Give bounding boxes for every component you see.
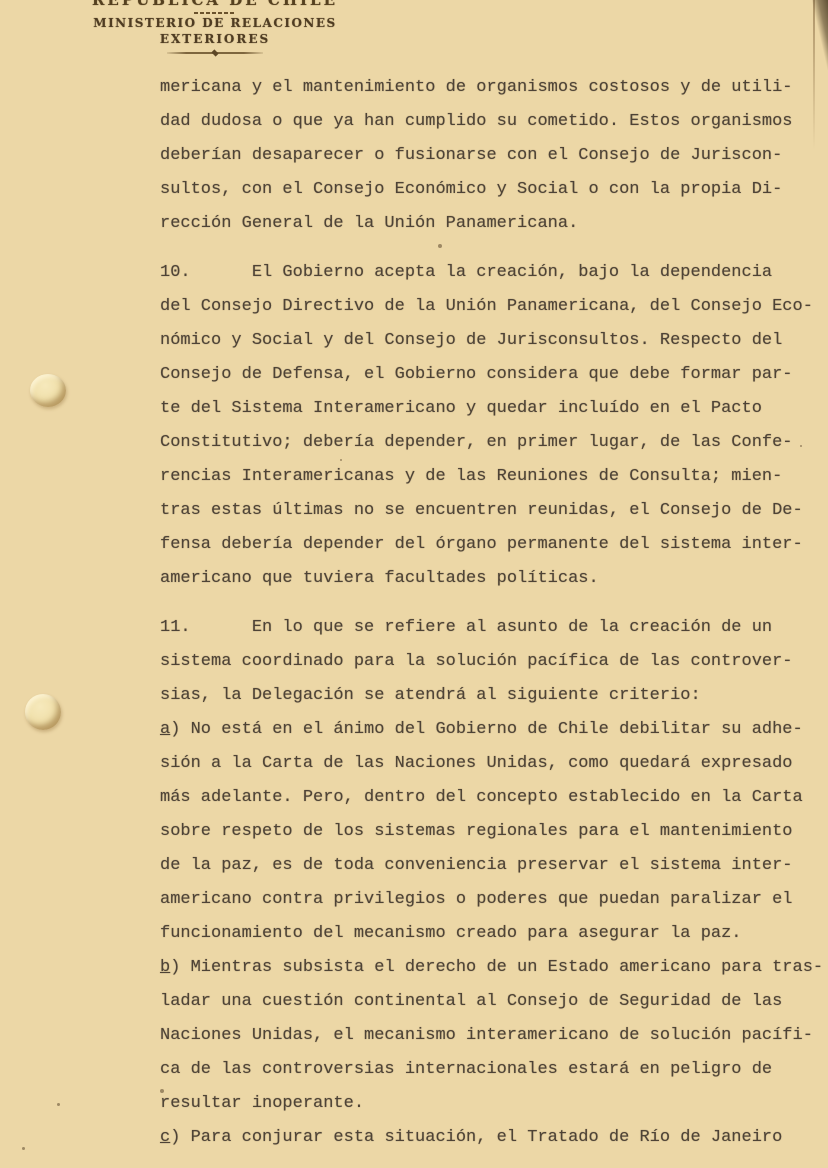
text-line: del Consejo Directivo de la Unión Paname… — [160, 290, 822, 324]
text-line: sistema coordinado para la solución pací… — [160, 645, 822, 679]
document-body: mericana y el mantenimiento de organismo… — [160, 71, 822, 1155]
list-marker: a — [160, 720, 170, 739]
text-line: dad dudosa o que ya han cumplido su come… — [160, 105, 822, 139]
text-line: americano contra privilegios o poderes q… — [160, 883, 822, 917]
text-line: te del Sistema Interamericano y quedar i… — [160, 392, 822, 426]
letterhead-department: EXTERIORES — [85, 32, 345, 46]
text-line: ladar una cuestión continental al Consej… — [160, 985, 822, 1019]
paper-speck — [340, 459, 342, 461]
text-line: a) No está en el ánimo del Gobierno de C… — [160, 713, 822, 747]
text-line: Constitutivo; debería depender, en prime… — [160, 426, 822, 460]
text-line: tras estas últimas no se encuentren reun… — [160, 494, 822, 528]
paper-speck — [438, 244, 442, 248]
text-line: resultar inoperante. — [160, 1087, 822, 1121]
text-line: de la paz, es de toda conveniencia prese… — [160, 849, 822, 883]
text-line: más adelante. Pero, dentro del concepto … — [160, 781, 822, 815]
text-line: sias, la Delegación se atendrá al siguie… — [160, 679, 822, 713]
text-line: 10. El Gobierno acepta la creación, bajo… — [160, 256, 822, 290]
page-corner-shadow — [812, 0, 828, 70]
text-line: funcionamiento del mecanismo creado para… — [160, 917, 822, 951]
text-line: deberían desaparecer o fusionarse con el… — [160, 139, 822, 173]
letterhead-divider — [194, 12, 236, 14]
text-line: americano que tuviera facultades polític… — [160, 562, 822, 596]
text-line: rencias Interamericanas y de las Reunion… — [160, 460, 822, 494]
text-line: sión a la Carta de las Naciones Unidas, … — [160, 747, 822, 781]
text-line: rección General de la Unión Panamericana… — [160, 207, 822, 241]
text-line: b) Mientras subsista el derecho de un Es… — [160, 951, 822, 985]
paper-speck — [800, 445, 802, 447]
text-line: sultos, con el Consejo Económico y Socia… — [160, 173, 822, 207]
text-line: Naciones Unidas, el mecanismo interameri… — [160, 1019, 822, 1053]
text-line: mericana y el mantenimiento de organismo… — [160, 71, 822, 105]
punch-hole-bottom — [25, 694, 61, 730]
text-line: ca de las controversias internacionales … — [160, 1053, 822, 1087]
letterhead-ministry: MINISTERIO DE RELACIONES — [85, 16, 345, 30]
punch-hole-top — [30, 374, 66, 407]
paragraph: 10. El Gobierno acepta la creación, bajo… — [160, 256, 822, 596]
list-marker: b — [160, 958, 170, 977]
text-line: c) Para conjurar esta situación, el Trat… — [160, 1121, 822, 1155]
text-line: 11. En lo que se refiere al asunto de la… — [160, 611, 822, 645]
text-line: Consejo de Defensa, el Gobierno consider… — [160, 358, 822, 392]
letterhead-republic: REPUBLICA DE CHILE — [85, 0, 345, 9]
document-page: REPUBLICA DE CHILE MINISTERIO DE RELACIO… — [0, 0, 828, 1168]
paragraph: 11. En lo que se refiere al asunto de la… — [160, 611, 822, 1155]
text-line: fensa debería depender del órgano perman… — [160, 528, 822, 562]
text-line: nómico y Social y del Consejo de Jurisco… — [160, 324, 822, 358]
paper-speck — [57, 1103, 60, 1106]
paragraph: mericana y el mantenimiento de organismo… — [160, 71, 822, 241]
list-marker: c — [160, 1128, 170, 1147]
paper-speck — [22, 1147, 25, 1150]
letterhead-ornament-rule — [167, 52, 263, 54]
ornament-diamond-icon — [211, 49, 218, 56]
text-line: sobre respeto de los sistemas regionales… — [160, 815, 822, 849]
letterhead: REPUBLICA DE CHILE MINISTERIO DE RELACIO… — [85, 0, 345, 54]
paper-speck — [160, 1089, 164, 1093]
